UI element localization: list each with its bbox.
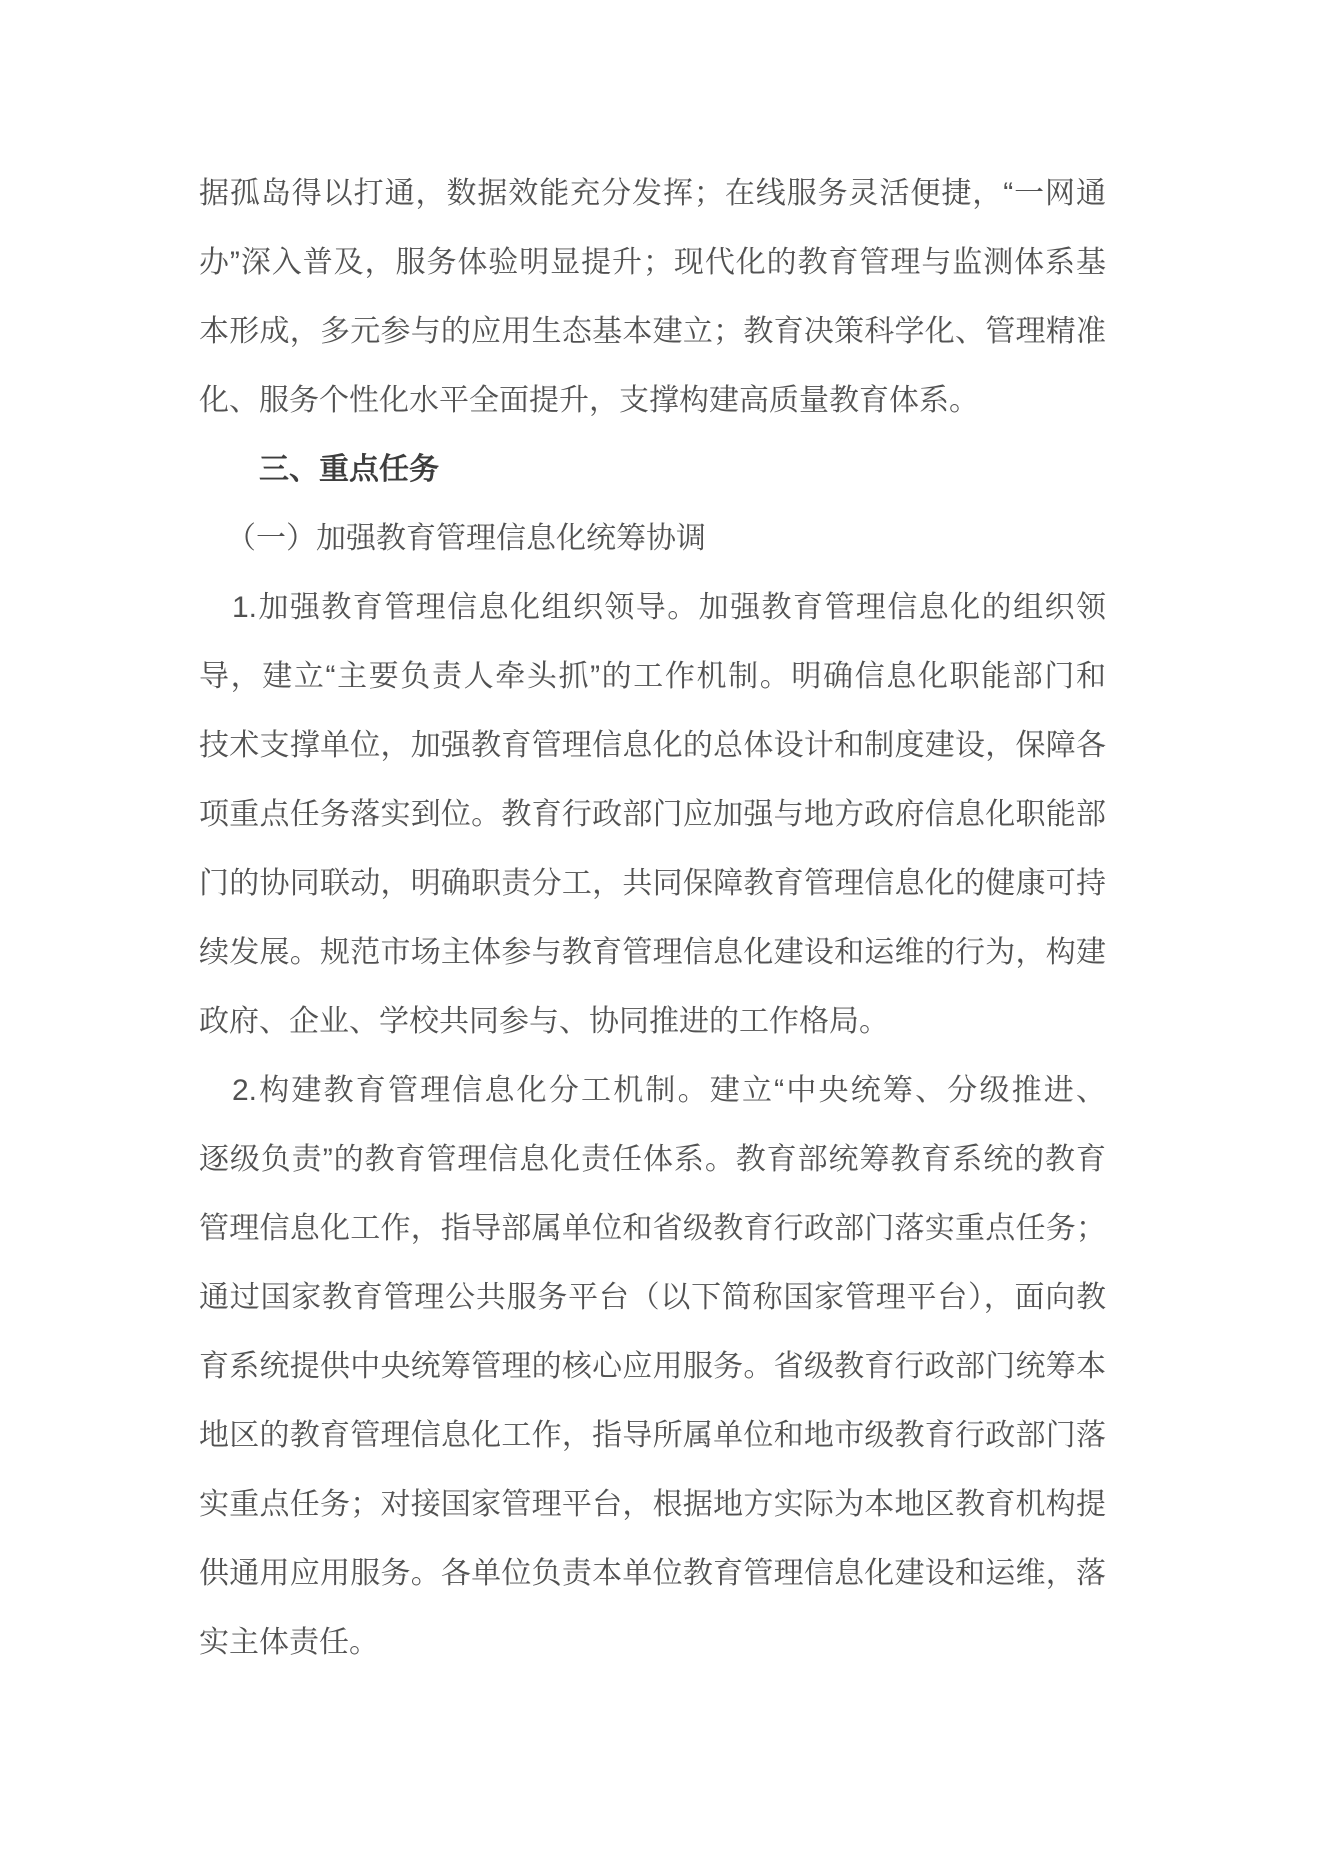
intro-line: 据孤岛得以打通，数据效能充分发挥；在线服务灵活便捷，“一网通 — [199, 159, 1106, 228]
section-heading: 三、重点任务 — [199, 435, 1106, 504]
subsection-heading: （一）加强教育管理信息化统筹协调 — [199, 504, 1106, 573]
paragraph-2-line: 实重点任务；对接国家管理平台，根据地方实际为本地区教育机构提 — [199, 1470, 1106, 1539]
paragraph-1-line: 项重点任务落实到位。教育行政部门应加强与地方政府信息化职能部 — [199, 780, 1106, 849]
paragraph-1-line: 技术支撑单位，加强教育管理信息化的总体设计和制度建设，保障各 — [199, 711, 1106, 780]
paragraph-2-line: 供通用应用服务。各单位负责本单位教育管理信息化建设和运维，落 — [199, 1539, 1106, 1608]
document-body: 据孤岛得以打通，数据效能充分发挥；在线服务灵活便捷，“一网通 办”深入普及，服务… — [199, 159, 1106, 1677]
paragraph-2-line: 通过国家教育管理公共服务平台（以下简称国家管理平台），面向教 — [199, 1263, 1106, 1332]
intro-line: 本形成，多元参与的应用生态基本建立；教育决策科学化、管理精准 — [199, 297, 1106, 366]
paragraph-2-line: 实主体责任。 — [199, 1608, 1106, 1677]
paragraph-2-line: 育系统提供中央统筹管理的核心应用服务。省级教育行政部门统筹本 — [199, 1332, 1106, 1401]
paragraph-2-line: 管理信息化工作，指导部属单位和省级教育行政部门落实重点任务； — [199, 1194, 1106, 1263]
intro-line: 化、服务个性化水平全面提升，支撑构建高质量教育体系。 — [199, 366, 1106, 435]
paragraph-2-line: 地区的教育管理信息化工作，指导所属单位和地市级教育行政部门落 — [199, 1401, 1106, 1470]
paragraph-1-line: 门的协同联动，明确职责分工，共同保障教育管理信息化的健康可持 — [199, 849, 1106, 918]
document-page: 据孤岛得以打通，数据效能充分发挥；在线服务灵活便捷，“一网通 办”深入普及，服务… — [0, 0, 1323, 1871]
paragraph-1-line: 导，建立“主要负责人牵头抓”的工作机制。明确信息化职能部门和 — [199, 642, 1106, 711]
paragraph-1-line: 1.加强教育管理信息化组织领导。加强教育管理信息化的组织领 — [199, 573, 1106, 642]
paragraph-1-line: 政府、企业、学校共同参与、协同推进的工作格局。 — [199, 987, 1106, 1056]
paragraph-1-line: 续发展。规范市场主体参与教育管理信息化建设和运维的行为，构建 — [199, 918, 1106, 987]
intro-line: 办”深入普及，服务体验明显提升；现代化的教育管理与监测体系基 — [199, 228, 1106, 297]
paragraph-2-line: 2.构建教育管理信息化分工机制。建立“中央统筹、分级推进、 — [199, 1056, 1106, 1125]
paragraph-2-line: 逐级负责”的教育管理信息化责任体系。教育部统筹教育系统的教育 — [199, 1125, 1106, 1194]
